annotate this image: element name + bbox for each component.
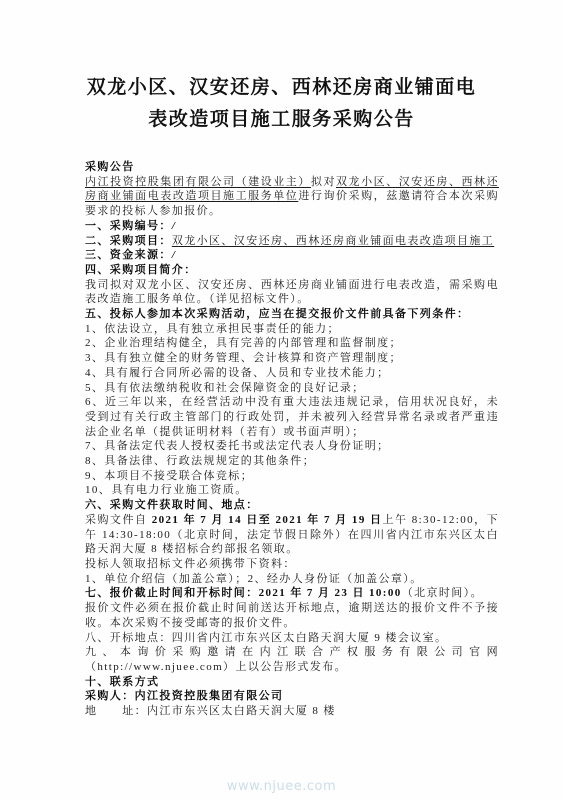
bold-text: / — [172, 220, 176, 232]
sec-9-announcement-line1: 九、本询价采购邀请在内江联合产权服务有限公司官网 — [85, 645, 499, 660]
bold-text: 三、资金来源： — [85, 249, 172, 261]
condition-1: 1、依法设立，具有独立承担民事责任的能力； — [85, 322, 499, 337]
bold-text: 四、采购项目简介： — [85, 264, 197, 276]
document-title-line2: 表改造项目施工服务采购公告 — [0, 104, 563, 136]
text-run: 报价文件必须在报价截止时间前送达开标地点，逾期送达的报价文件不予接收。本次采购不… — [85, 602, 499, 629]
sec-6-document-pickup-heading: 六、采购文件获取时间、地点： — [85, 498, 499, 513]
text-run: 我司拟对双龙小区、汉安还房、西林还房商业铺面进行电表改造，需采购电表改造施工服务… — [85, 279, 499, 306]
text-run: 4、具有履行合同所必需的设备、人员和专业技术能力； — [85, 367, 390, 379]
sec-6-document-pickup-body: 采购文件自 2021 年 7 月 14 日至 2021 年 7 月 19 日上午… — [85, 513, 499, 557]
sec-1-procurement-number: 一、采购编号：/ — [85, 219, 499, 234]
sec-2-procurement-project: 二、采购项目：双龙小区、汉安还房、西林还房商业铺面电表改造项目施工 — [85, 234, 499, 249]
bold-text: 一、采购编号： — [85, 220, 172, 232]
sec-4-project-intro-body: 我司拟对双龙小区、汉安还房、西林还房商业铺面进行电表改造，需采购电表改造施工服务… — [85, 278, 499, 307]
bold-text: / — [172, 249, 176, 261]
watermark: www.njuee.com — [227, 779, 336, 794]
bold-text: 二、采购项目： — [85, 235, 172, 247]
text-run: 八、开标地点：四川省内江市东兴区太白路天润大厦 9 楼会议室。 — [85, 632, 447, 644]
text-run: 5、具有依法缴纳税收和社会保障资金的良好记录； — [85, 382, 365, 394]
sec-5-bidder-conditions-heading: 五、投标人参加本次采购活动，应当在提交报价文件前具备下列条件： — [85, 307, 499, 322]
intro-paragraph: 内江投资控股集团有限公司（建设业主）拟对双龙小区、汉安还房、西林还房商业铺面电表… — [85, 175, 499, 219]
sec-9-announcement-line2: （http://www.njuee.com）上以公告形式发布。 — [85, 660, 499, 675]
document-page: 双龙小区、汉安还房、西林还房商业铺面电 表改造项目施工服务采购公告 采购公告内江… — [0, 0, 563, 800]
text-run: 拟对 — [311, 176, 336, 188]
bold-text: 五、投标人参加本次采购活动，应当在提交报价文件前具备下列条件： — [85, 308, 469, 320]
bold-text: 七、报价截止时间和开标时间： — [85, 587, 259, 599]
bold-text: 2021 年 7 月 14 日至 2021 年 7 月 19 日 — [152, 514, 383, 526]
text-run: 九、本询价采购邀请在内江联合产权服务有限公司官网 — [85, 646, 499, 658]
sec-8-opening-location: 八、开标地点：四川省内江市东兴区太白路天润大厦 9 楼会议室。 — [85, 631, 499, 646]
condition-10: 10、具有电力行业施工资质。 — [85, 483, 499, 498]
underlined-text: 双龙小区、汉安还房、西林还房商业铺面电表改造项目施工 — [172, 235, 494, 247]
condition-7: 7、具备法定代表人授权委托书或法定代表人身份证明； — [85, 439, 499, 454]
text-run: 投标人领取招标文件必须携带下资料： — [85, 558, 296, 570]
text-run: 2、企业治理结构健全，具有完善的内部管理和监督制度； — [85, 337, 402, 349]
text-run: （北京时间）。 — [402, 587, 483, 599]
text-run: 8、具备法律、行政法规规定的其他条件； — [85, 455, 315, 467]
contact-address: 地 址：内江市东兴区太白路天润大厦 8 楼 — [85, 704, 499, 719]
bold-text: 采购公告 — [85, 161, 135, 173]
condition-8: 8、具备法律、行政法规规定的其他条件； — [85, 454, 499, 469]
text-run: 9、本项目不接受联合体竞标； — [85, 470, 253, 482]
text-run: 地 址：内江市东兴区太白路天润大厦 8 楼 — [85, 705, 336, 717]
sec-7-deadline-note: 报价文件必须在报价截止时间前送达开标地点，逾期送达的报价文件不予接收。本次采购不… — [85, 601, 499, 630]
notice-label: 采购公告 — [85, 160, 499, 175]
text-run: 采购文件自 — [85, 514, 152, 526]
condition-2: 2、企业治理结构健全，具有完善的内部管理和监督制度； — [85, 336, 499, 351]
pickup-materials-list: 1、单位介绍信（加盖公章）；2、经办人身份证（加盖公章）。 — [85, 572, 499, 587]
sec-4-project-intro-heading: 四、采购项目简介： — [85, 263, 499, 278]
bold-text: 2021 年 7 月 23 日 10:00 — [259, 587, 402, 599]
condition-6: 6、近三年以来，在经营活动中没有重大违法违规记录，信用状况良好，未受到过有关行政… — [85, 395, 499, 439]
text-run: 6、近三年以来，在经营活动中没有重大违法违规记录，信用状况良好，未受到过有关行政… — [85, 396, 499, 437]
contact-purchaser: 采购人：内江投资控股集团有限公司 — [85, 689, 499, 704]
condition-9: 9、本项目不接受联合体竞标； — [85, 469, 499, 484]
text-run: 7、具备法定代表人授权委托书或法定代表人身份证明； — [85, 440, 390, 452]
sec-7-deadline: 七、报价截止时间和开标时间：2021 年 7 月 23 日 10:00（北京时间… — [85, 586, 499, 601]
document-title-line1: 双龙小区、汉安还房、西林还房商业铺面电 — [0, 72, 563, 104]
bold-text: 十、联系方式 — [85, 676, 159, 688]
text-run: （http://www.njuee.com）上以公告形式发布。 — [85, 661, 347, 673]
condition-4: 4、具有履行合同所必需的设备、人员和专业技术能力； — [85, 366, 499, 381]
pickup-materials-intro: 投标人领取招标文件必须携带下资料： — [85, 557, 499, 572]
condition-5: 5、具有依法缴纳税收和社会保障资金的良好记录； — [85, 381, 499, 396]
bold-text: 采购人：内江投资控股集团有限公司 — [85, 690, 283, 702]
text-run: 1、单位介绍信（加盖公章）；2、经办人身份证（加盖公章）。 — [85, 573, 423, 585]
condition-3: 3、具有独立健全的财务管理、会计核算和资产管理制度； — [85, 351, 499, 366]
text-run: 1、依法设立，具有独立承担民事责任的能力； — [85, 323, 340, 335]
text-run: 3、具有独立健全的财务管理、会计核算和资产管理制度； — [85, 352, 402, 364]
underlined-text: 内江投资控股集团有限公司（建设业主） — [85, 176, 311, 188]
document-title: 双龙小区、汉安还房、西林还房商业铺面电 表改造项目施工服务采购公告 — [0, 0, 563, 136]
sec-3-funding-source: 三、资金来源：/ — [85, 248, 499, 263]
bold-text: 六、采购文件获取时间、地点： — [85, 499, 259, 511]
sec-10-contact-heading: 十、联系方式 — [85, 675, 499, 690]
text-run: 10、具有电力行业施工资质。 — [85, 484, 248, 496]
document-body: 采购公告内江投资控股集团有限公司（建设业主）拟对双龙小区、汉安还房、西林还房商业… — [0, 160, 563, 719]
